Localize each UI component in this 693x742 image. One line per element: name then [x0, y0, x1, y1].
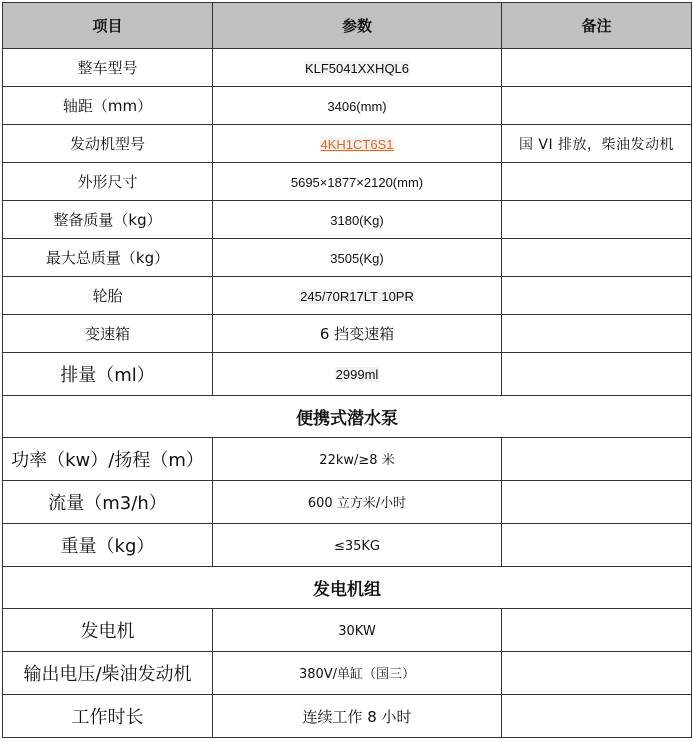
item-cell: 排量（ml） — [3, 353, 213, 396]
table-row: 外形尺寸 5695×1877×2120(mm) — [3, 163, 692, 201]
param-cell: 3180(Kg) — [213, 201, 502, 239]
param-cell: 22kw/≥8 米 — [213, 438, 502, 481]
item-cell: 轴距（mm） — [3, 87, 213, 125]
table-row: 最大总质量（kg） 3505(Kg) — [3, 239, 692, 277]
header-note: 备注 — [502, 3, 692, 49]
table-row: 整备质量（kg） 3180(Kg) — [3, 201, 692, 239]
param-value: 3505(Kg) — [330, 251, 383, 266]
item-cell: 输出电压/柴油发动机 — [3, 652, 213, 695]
param-cell: 2999ml — [213, 353, 502, 396]
item-cell: 发动机型号 — [3, 125, 213, 163]
note-cell — [502, 524, 692, 567]
table-row: 整车型号 KLF5041XXHQL6 — [3, 49, 692, 87]
param-value: KLF5041XXHQL6 — [304, 61, 410, 76]
param-cell: ≤35KG — [213, 524, 502, 567]
item-cell: 功率（kw）/扬程（m） — [3, 438, 213, 481]
table-row: 功率（kw）/扬程（m） 22kw/≥8 米 — [3, 438, 692, 481]
param-cell: 6 挡变速箱 — [213, 315, 502, 353]
note-cell: 国 VI 排放，柴油发动机 — [502, 125, 692, 163]
section-row: 发电机组 — [3, 567, 692, 609]
header-item: 项目 — [3, 3, 213, 49]
param-value: 6 挡变速箱 — [320, 325, 394, 343]
note-cell — [502, 481, 692, 524]
header-param: 参数 — [213, 3, 502, 49]
table-row: 输出电压/柴油发动机 380V/单缸（国三） — [3, 652, 692, 695]
note-cell — [502, 652, 692, 695]
param-value: 5695×1877×2120(mm) — [291, 175, 423, 190]
param-value: 380V/单缸（国三） — [299, 667, 415, 682]
section-title-pump: 便携式潜水泵 — [3, 396, 692, 438]
note-cell — [502, 239, 692, 277]
item-cell: 工作时长 — [3, 695, 213, 738]
param-cell: 245/70R17LT 10PR — [213, 277, 502, 315]
table-row: 轴距（mm） 3406(mm) — [3, 87, 692, 125]
param-value: 30KW — [338, 624, 375, 639]
item-cell: 外形尺寸 — [3, 163, 213, 201]
table-row: 发电机 30KW — [3, 609, 692, 652]
table-row: 工作时长 连续工作 8 小时 — [3, 695, 692, 738]
param-cell: 30KW — [213, 609, 502, 652]
param-value: 3406(mm) — [327, 99, 386, 114]
spec-table: 项目 参数 备注 整车型号 KLF5041XXHQL6 轴距（mm） 3406(… — [2, 2, 692, 738]
note-cell — [502, 201, 692, 239]
table-row: 发动机型号 4KH1CT6S1 国 VI 排放，柴油发动机 — [3, 125, 692, 163]
note-cell — [502, 277, 692, 315]
note-cell — [502, 163, 692, 201]
item-cell: 重量（kg） — [3, 524, 213, 567]
item-cell: 整备质量（kg） — [3, 201, 213, 239]
note-cell — [502, 695, 692, 738]
engine-model-link[interactable]: 4KH1CT6S1 — [320, 137, 395, 152]
param-cell: KLF5041XXHQL6 — [213, 49, 502, 87]
param-cell: 连续工作 8 小时 — [213, 695, 502, 738]
param-value: 22kw/≥8 米 — [319, 453, 394, 468]
item-cell: 轮胎 — [3, 277, 213, 315]
note-cell — [502, 353, 692, 396]
param-cell: 4KH1CT6S1 — [213, 125, 502, 163]
item-cell: 流量（m3/h） — [3, 481, 213, 524]
param-cell: 5695×1877×2120(mm) — [213, 163, 502, 201]
section-row: 便携式潜水泵 — [3, 396, 692, 438]
param-cell: 3505(Kg) — [213, 239, 502, 277]
table-row: 轮胎 245/70R17LT 10PR — [3, 277, 692, 315]
param-value: 连续工作 8 小时 — [302, 708, 411, 726]
note-cell — [502, 315, 692, 353]
header-row: 项目 参数 备注 — [3, 3, 692, 49]
table-row: 排量（ml） 2999ml — [3, 353, 692, 396]
table-row: 流量（m3/h） 600 立方米/小时 — [3, 481, 692, 524]
param-value: 3180(Kg) — [330, 213, 383, 228]
section-title-generator: 发电机组 — [3, 567, 692, 609]
item-cell: 最大总质量（kg） — [3, 239, 213, 277]
item-cell: 整车型号 — [3, 49, 213, 87]
param-value: 2999ml — [335, 367, 380, 382]
note-cell — [502, 438, 692, 481]
note-cell — [502, 49, 692, 87]
param-value: 245/70R17LT 10PR — [299, 289, 415, 304]
param-cell: 600 立方米/小时 — [213, 481, 502, 524]
param-cell: 3406(mm) — [213, 87, 502, 125]
param-value: ≤35KG — [334, 539, 380, 554]
note-cell — [502, 87, 692, 125]
item-cell: 发电机 — [3, 609, 213, 652]
table-row: 变速箱 6 挡变速箱 — [3, 315, 692, 353]
note-cell — [502, 609, 692, 652]
param-cell: 380V/单缸（国三） — [213, 652, 502, 695]
item-cell: 变速箱 — [3, 315, 213, 353]
table-row: 重量（kg） ≤35KG — [3, 524, 692, 567]
param-value: 600 立方米/小时 — [308, 496, 406, 511]
